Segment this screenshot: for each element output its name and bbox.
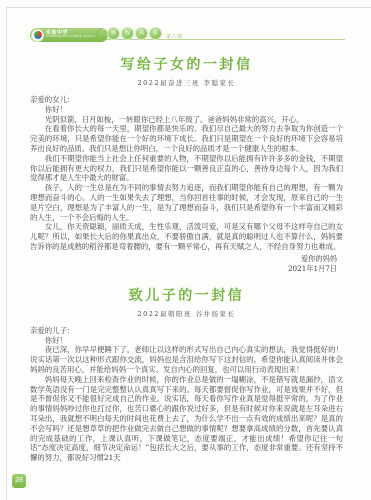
issue-label: 第八期	[166, 33, 183, 40]
letter-to-daughter: 写给子女的一封信 2022届奋进三班 李聪家长 亲爱的女儿： 你好！光阴似箭，日…	[30, 56, 343, 274]
letter-paragraph: 妈妈每天晚上回来检查作业的时候，你的作业总是做的一塌糊涂，不是错写就是漏抄，语文…	[30, 375, 343, 463]
letter-paragraphs: 你好！光阴似箭，日月如梭，一转眼你已经上八年级了。爸爸妈妈非常的高兴，开心。在看…	[30, 105, 343, 252]
school-name-en: EXPERIMENTAL MIDDLE SCHOOL	[46, 36, 96, 39]
badge-icon: 家	[108, 28, 119, 39]
page-content: 写给子女的一封信 2022届奋进三班 李聪家长 亲爱的女儿： 你好！光阴似箭，日…	[30, 56, 343, 463]
badge-icon: 育	[150, 28, 161, 39]
document-page: 实验中学 EXPERIMENTAL MIDDLE SCHOOL 家 校 共 育 …	[0, 0, 371, 500]
letter-paragraph: 你好！	[30, 336, 343, 346]
signature-date: 2021年1月7日	[30, 264, 337, 274]
letter-paragraph: 女儿，你天资聪颖，丽质天成，生性乐观，活泼可爱，可是又有哪个父母不这样夸自己的女…	[30, 222, 343, 251]
letter-paragraph: 在看着你长大的每一天里，期望你都是快乐的。我们尽自己最大的努力去争取为你创造一个…	[30, 124, 343, 153]
letter-salutation: 亲爱的儿子：	[30, 326, 343, 336]
letter-body: 亲爱的儿子： 你好！夜已深，你早早便睡下了，老师让以这样的形式写出自己内心真实的…	[30, 326, 343, 463]
letter-salutation: 亲爱的女儿：	[30, 95, 343, 105]
school-logo-icon	[32, 30, 43, 41]
letter-title: 致儿子的一封信	[30, 287, 343, 305]
letter-byline: 2022届朝阳班 谷井扬家长	[30, 310, 343, 318]
letter-paragraphs: 你好！夜已深，你早早便睡下了，老师让以这样的形式写出自己内心真实的想法，我觉得挺…	[30, 336, 343, 463]
section-badges: 家 校 共 育	[108, 28, 161, 39]
letter-to-son: 致儿子的一封信 2022届朝阳班 谷井扬家长 亲爱的儿子： 你好！夜已深，你早早…	[30, 287, 343, 463]
letter-body: 亲爱的女儿： 你好！光阴似箭，日月如梭，一转眼你已经上八年级了。爸爸妈妈非常的高…	[30, 95, 343, 252]
letter-paragraph: 孩子，人的一生总是在为不同的事情去努力追逐，而我们期望你能有自己的理想，有一颗为…	[30, 183, 343, 222]
badge-icon: 校	[122, 28, 133, 39]
page-number-badge: 28	[12, 474, 26, 488]
page-header: 实验中学 EXPERIMENTAL MIDDLE SCHOOL 家 校 共 育 …	[30, 26, 345, 44]
letter-paragraph: 光阴似箭，日月如梭，一转眼你已经上八年级了。爸爸妈妈非常的高兴，开心。	[30, 115, 343, 125]
school-name-block: 实验中学 EXPERIMENTAL MIDDLE SCHOOL	[46, 31, 96, 39]
letter-title: 写给子女的一封信	[30, 56, 343, 74]
badge-icon: 共	[136, 28, 147, 39]
signature-block: 爱你的妈妈 2021年1月7日	[30, 254, 343, 274]
letter-paragraph: 夜已深，你早早便睡下了，老师让以这样的形式写出自己内心真实的想法，我觉得挺好的！…	[30, 345, 343, 374]
letter-paragraph: 我们不期望你能当上社会上任何重要的人物，不期望你以后能拥有许许多多的金钱，不期望…	[30, 154, 343, 183]
signature-name: 爱你的妈妈	[30, 254, 337, 264]
letter-byline: 2022届奋进三班 李聪家长	[30, 79, 343, 87]
letter-paragraph: 你好！	[30, 105, 343, 115]
header-divider	[102, 39, 345, 40]
